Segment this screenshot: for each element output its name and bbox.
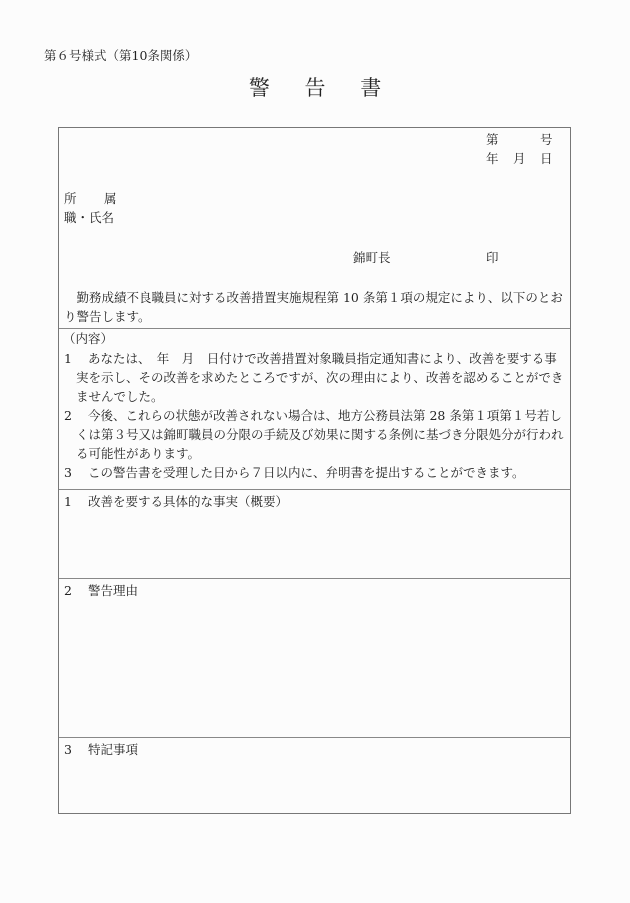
warning-form-table: 第号 年月日 所属 職・氏名 錦町長 印 勤務成績不良職員に対する改善措置実施規… [58, 127, 571, 814]
document-title: 警 告 書 [0, 74, 630, 102]
item-text: 今後、これらの状態が改善されない場合は、地方公務員法第 28 条第１項第１号若し… [76, 408, 564, 461]
number-prefix: 第 [486, 132, 540, 148]
date-year-label: 年 [486, 151, 513, 167]
contents-item: 2今後、これらの状態が改善されない場合は、地方公務員法第 28 条第１項第１号若… [64, 406, 568, 463]
section-title: 特記事項 [88, 742, 138, 757]
section-special-notes: 3特記事項 [59, 737, 570, 813]
warning-reason-input-area[interactable] [63, 603, 566, 733]
title-char: 告 [305, 74, 326, 102]
seal-mark: 印 [486, 250, 499, 266]
item-text: あなたは、 年 月 日付けで改善措置対象職員指定通知書により、改善を要する事実を… [76, 351, 563, 404]
title-char: 書 [360, 74, 381, 102]
section-label: 3特記事項 [64, 742, 138, 758]
special-notes-input-area[interactable] [63, 762, 566, 809]
section-number: 1 [64, 494, 88, 510]
contents-item: 3この警告書を受理した日から７日以内に、弁明書を提出することができます。 [64, 463, 568, 482]
contents-item: 1あなたは、 年 月 日付けで改善措置対象職員指定通知書により、改善を要する事実… [64, 349, 568, 406]
form-number: 第６号様式（第10条関係） [44, 48, 197, 64]
title-char: 警 [249, 74, 270, 102]
item-text: この警告書を受理した日から７日以内に、弁明書を提出することができます。 [88, 465, 525, 480]
contents-list: 1あなたは、 年 月 日付けで改善措置対象職員指定通知書により、改善を要する事実… [64, 349, 568, 482]
contents-label: （内容） [63, 331, 113, 347]
facts-input-area[interactable] [63, 514, 566, 574]
section-facts: 1改善を要する具体的な事実（概要） [59, 489, 570, 578]
affiliation-field[interactable]: 所属 [64, 191, 117, 207]
date-month-label: 月 [513, 151, 540, 167]
item-number: 3 [64, 463, 88, 482]
section-warning-reason: 2警告理由 [59, 578, 570, 737]
intro-paragraph: 勤務成績不良職員に対する改善措置実施規程第 10 条第１項の規定により、以下のと… [64, 288, 568, 326]
document-number-field[interactable]: 第号 [486, 132, 553, 148]
item-number: 2 [64, 406, 88, 425]
section-number: 3 [64, 742, 88, 758]
date-day-label: 日 [540, 151, 553, 167]
section-label: 2警告理由 [64, 583, 138, 599]
section-title: 警告理由 [88, 583, 138, 598]
header-row: 第号 年月日 所属 職・氏名 錦町長 印 勤務成績不良職員に対する改善措置実施規… [59, 128, 570, 328]
section-label: 1改善を要する具体的な事実（概要） [64, 494, 288, 510]
number-suffix: 号 [540, 132, 553, 147]
affiliation-label-char: 属 [104, 191, 117, 206]
contents-row: （内容） 1あなたは、 年 月 日付けで改善措置対象職員指定通知書により、改善を… [59, 328, 570, 489]
issuer-label: 錦町長 [353, 250, 391, 266]
section-number: 2 [64, 583, 88, 599]
position-name-field[interactable]: 職・氏名 [64, 210, 114, 226]
issue-date-field[interactable]: 年月日 [486, 151, 553, 167]
affiliation-label-char: 所 [64, 191, 104, 207]
section-title: 改善を要する具体的な事実（概要） [88, 494, 288, 509]
item-number: 1 [64, 349, 88, 368]
